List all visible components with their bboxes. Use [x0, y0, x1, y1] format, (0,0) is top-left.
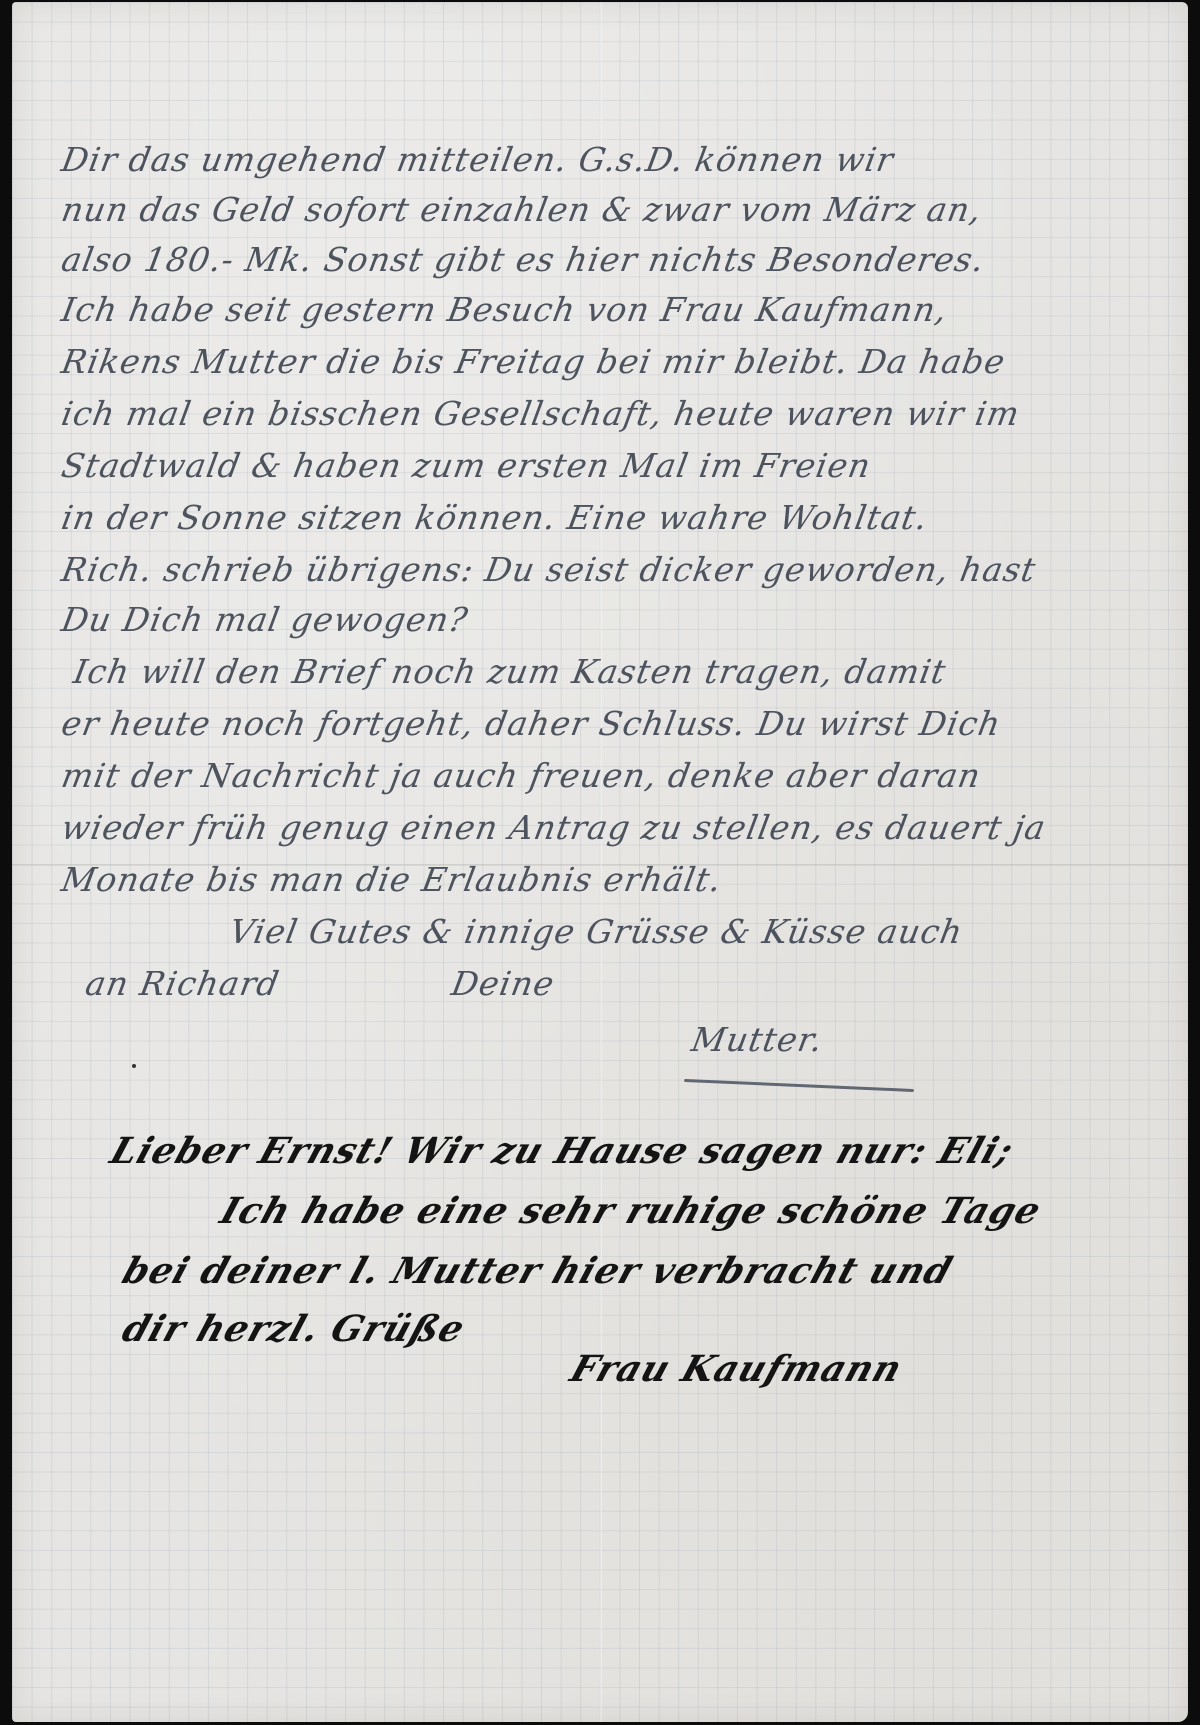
- letter-line-14: wieder früh genug einen Antrag zu stelle…: [59, 808, 1050, 847]
- signature-frau-kaufmann: Frau Kaufmann: [565, 1348, 908, 1390]
- letter-line-15: Monate bis man die Erlaubnis erhält.: [59, 860, 726, 899]
- signature-underline: [684, 1079, 914, 1092]
- letter-line-11: Ich will den Brief noch zum Kasten trage…: [71, 652, 950, 691]
- letter-line-6: ich mal ein bisschen Gesellschaft, heute…: [59, 394, 1024, 433]
- letter-line-4: Ich habe seit gestern Besuch von Frau Ka…: [59, 290, 951, 329]
- letter-line-2: nun das Geld sofort einzahlen & zwar vom…: [59, 190, 986, 229]
- letter-line-3: also 180.- Mk. Sonst gibt es hier nichts…: [59, 240, 988, 279]
- letter-line-10: Du Dich mal gewogen?: [59, 600, 472, 639]
- postscript-line-3: bei deiner l. Mutter hier verbracht und: [117, 1250, 958, 1292]
- letter-line-9: Rich. schrieb übrigens: Du seist dicker …: [59, 550, 1040, 589]
- letter-line-8: in der Sonne sitzen können. Eine wahre W…: [59, 498, 932, 537]
- closing-line-2-left: an Richard: [83, 964, 283, 1003]
- ink-speck: [132, 1064, 136, 1068]
- postscript-line-4: dir herzl. Grüße: [117, 1308, 470, 1350]
- letter-line-13: mit der Nachricht ja auch freuen, denke …: [59, 756, 985, 795]
- closing-line-1: Viel Gutes & innige Grüsse & Küsse auch: [227, 912, 967, 951]
- postscript-line-2: Ich habe eine sehr ruhige schöne Tage: [215, 1190, 1047, 1232]
- closing-line-2-right: Deine: [449, 964, 558, 1003]
- letter-line-12: er heute noch fortgeht, daher Schluss. D…: [59, 704, 1005, 743]
- letter-line-5: Rikens Mutter die bis Freitag bei mir bl…: [59, 342, 1009, 381]
- postscript-line-1: Lieber Ernst! Wir zu Hause sagen nur: El…: [105, 1130, 1019, 1172]
- letter-page: Dir das umgehend mitteilen. G.s.D. könne…: [12, 2, 1188, 1722]
- letter-line-1: Dir das umgehend mitteilen. G.s.D. könne…: [59, 140, 898, 179]
- signature-mutter: Mutter.: [689, 1020, 827, 1059]
- letter-line-7: Stadtwald & haben zum ersten Mal im Frei…: [59, 446, 875, 485]
